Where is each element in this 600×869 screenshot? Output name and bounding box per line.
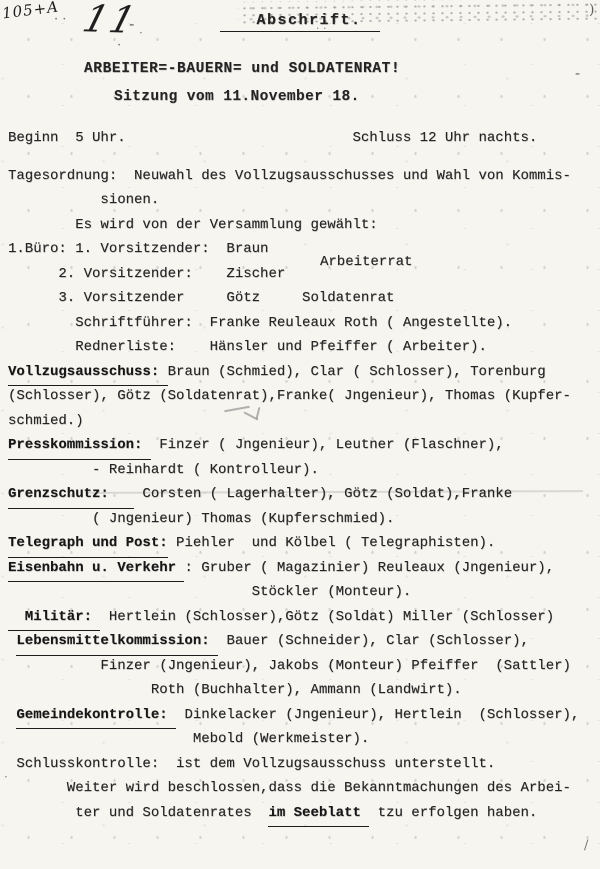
doc-line: Vollzugsausschuss: Braun (Schmied), Clar… [8,360,596,385]
underlined-label: Vollzugsausschuss: [8,360,168,387]
doc-line: 2. Vorsitzender: ZischerArbeiterrat [8,262,596,287]
doc-line: ( Jngenieur) Thomas (Kupferschmied). [8,507,596,532]
doc-text: Dinkelacker (Jngenieur), Hertlein (Schlo… [176,703,579,728]
underlined-label: Presskommission: [8,433,151,460]
doc-text [126,126,353,151]
doc-line: Grenzschutz: Corsten ( Lagerhalter), Göt… [8,482,596,507]
scanned-document: { "page": { "marks": { "archive_number":… [0,0,600,869]
doc-line: Schriftführer: Franke Reuleaux Roth ( An… [8,311,596,336]
doc-text: Schluss 12 Uhr nachts. [352,126,537,151]
doc-line: Tagesordnung: Neuwahl des Vollzugsaussch… [8,164,596,189]
doc-text: : Gruber ( Magazinier) Reuleaux (Jngenie… [184,556,554,581]
session-date-heading: Sitzung vom 11.November 18. [114,89,360,105]
doc-line: Weiter wird beschlossen,dass die Bekannt… [8,776,596,801]
underlined-label: im Seeblatt [268,801,369,828]
doc-line: Lebensmittelkommission: Bauer (Schneider… [8,629,596,654]
doc-line: Roth (Buchhalter), Ammann (Landwirt). [8,678,596,703]
underlined-label: Telegraph und Post: [8,531,168,558]
doc-text: Finzer (Jngenieur), Jakobs (Monteur) Pfe… [8,654,571,679]
doc-line: Schlusskontrolle: ist dem Vollzugsaussch… [8,752,596,777]
doc-text: tzu erfolgen haben. [369,801,537,826]
doc-text: Finzer ( Jngenieur), Leutner (Flaschner)… [151,433,504,458]
doc-text: Braun (Schmied), Clar ( Schlosser), Tore… [168,360,546,385]
doc-line: (Schlosser), Götz (Soldatenrat),Franke( … [8,384,596,409]
organization-heading: ARBEITER=-BAUERN= und SOLDATENRAT! [84,61,400,77]
doc-line: Presskommission: Finzer ( Jngenieur), Le… [8,433,596,458]
document-page: 105+A 11 Abschrift. ARBEITER=-BAUERN= un… [0,0,600,869]
doc-text: Corsten ( Lagerhalter), Götz (Soldat),Fr… [134,482,512,507]
doc-text: schmied.) [8,409,84,434]
scan-noise-band [238,0,598,26]
doc-text: Beginn 5 Uhr. [8,126,126,151]
doc-text: Bauer (Schneider), Clar (Schlosser), [218,629,529,654]
doc-line: Stöckler (Monteur). [8,580,596,605]
ink-speck: - [575,64,580,82]
doc-text: Es wird von der Versammlung gewählt: [8,213,378,238]
doc-line: Eisenbahn u. Verkehr : Gruber ( Magazini… [8,556,596,581]
underlined-label: Militär: [8,605,100,632]
ink-speck: - [129,14,134,33]
doc-line: Beginn 5 Uhr. Schluss 12 Uhr nachts. [8,126,596,151]
doc-line: Militär: Hertlein (Schlosser),Götz (Sold… [8,605,596,630]
doc-text: 3. Vorsitzender Götz Soldatenrat [8,286,394,311]
doc-text: Roth (Buchhalter), Ammann (Landwirt). [8,678,462,703]
underlined-label: Lebensmittelkommission: [16,629,218,656]
doc-text: ( Jngenieur) Thomas (Kupferschmied). [8,507,394,532]
ink-speck: · [4,770,8,784]
doc-line: Mebold (Werkmeister). [8,727,596,752]
doc-text [8,629,16,654]
doc-line: Gemeindekontrolle: Dinkelacker (Jngenieu… [8,703,596,728]
ink-speck: · [117,38,121,53]
doc-line: schmied.) [8,409,596,434]
between-lines-label: Arbeiterrat [320,250,412,275]
underlined-label: Eisenbahn u. Verkehr [8,556,184,583]
doc-line: Rednerliste: Hänsler und Pfeiffer ( Arbe… [8,335,596,360]
doc-text: sionen. [8,188,159,213]
doc-text: Tagesordnung: Neuwahl des Vollzugsaussch… [8,164,571,189]
doc-line: 1.Büro: 1. Vorsitzender: Braun [8,237,596,262]
doc-line: 3. Vorsitzender Götz Soldatenrat [8,286,596,311]
doc-text: Rednerliste: Hänsler und Pfeiffer ( Arbe… [8,335,487,360]
doc-line: Finzer (Jngenieur), Jakobs (Monteur) Pfe… [8,654,596,679]
underlined-label: Grenzschutz: [8,482,134,509]
doc-line: Es wird von der Versammlung gewählt: [8,213,596,238]
doc-text: 2. Vorsitzender: Zischer [8,262,285,287]
doc-line: Telegraph und Post: Piehler und Kölbel (… [8,531,596,556]
underlined-label: Gemeindekontrolle: [16,703,176,730]
ink-speck: · [139,26,143,40]
doc-text: Schriftführer: Franke Reuleaux Roth ( An… [8,311,512,336]
doc-text: Piehler und Kölbel ( Telegraphisten). [168,531,496,556]
doc-text: Weiter wird beschlossen,dass die Bekannt… [8,776,571,801]
doc-text: - Reinhardt ( Kontrolleur). [8,458,319,483]
ink-speck: / [584,838,588,853]
doc-line: sionen. [8,188,596,213]
doc-text: Hertlein (Schlosser),Götz (Soldat) Mille… [100,605,554,630]
doc-text: Stöckler (Monteur). [8,580,411,605]
doc-text: (Schlosser), Götz (Soldatenrat),Franke( … [8,384,571,409]
doc-text: Schlusskontrolle: ist dem Vollzugsaussch… [8,752,495,777]
doc-text: ter und Soldatenrates [8,801,268,826]
document-lines: Beginn 5 Uhr. Schluss 12 Uhr nachts.Tage… [8,126,596,825]
doc-line: ter und Soldatenrates im Seeblatt tzu er… [8,801,596,826]
doc-text: 1.Büro: 1. Vorsitzender: Braun [8,237,268,262]
ink-speck: · · [54,12,66,27]
doc-text: Mebold (Werkmeister). [8,727,369,752]
doc-line: - Reinhardt ( Kontrolleur). [8,458,596,483]
